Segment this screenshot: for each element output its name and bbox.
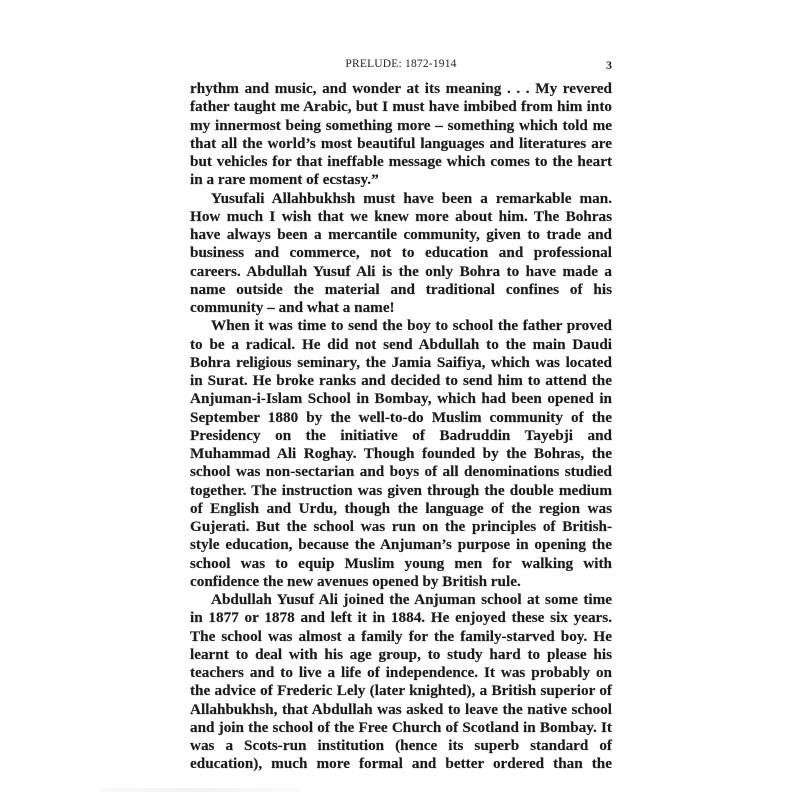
text-line: of English and Urdu, though the language… bbox=[190, 500, 612, 518]
text-line: When it was time to send the boy to scho… bbox=[190, 317, 612, 335]
text-line: in 1877 or 1878 and left it in 1884. He … bbox=[190, 609, 612, 627]
text-line: Allahbukhsh, that Abdullah was asked to … bbox=[190, 701, 612, 719]
text-line: teachers and to live a life of independe… bbox=[190, 664, 612, 682]
text-line: have always been a mercantile community,… bbox=[190, 226, 612, 244]
text-line: Abdullah Yusuf Ali joined the Anjuman sc… bbox=[190, 591, 612, 609]
text-line: that all the world’s most beautiful lang… bbox=[190, 135, 612, 153]
text-line: business and commerce, not to education … bbox=[190, 244, 612, 262]
running-title: PRELUDE: 1872-1914 bbox=[190, 58, 612, 70]
text-line: Anjuman-i-Islam School in Bombay, which … bbox=[190, 390, 612, 408]
text-line: careers. Abdullah Yusuf Ali is the only … bbox=[190, 263, 612, 281]
text-line: in Surat. He broke ranks and decided to … bbox=[190, 372, 612, 390]
scan-artifact bbox=[100, 788, 300, 792]
body-text: rhythm and music, and wonder at its mean… bbox=[190, 80, 612, 774]
text-line: Gujerati. But the school was run on the … bbox=[190, 518, 612, 536]
text-line: to be a radical. He did not send Abdulla… bbox=[190, 336, 612, 354]
text-line: Bohra religious seminary, the Jamia Saif… bbox=[190, 354, 612, 372]
text-line: September 1880 by the well-to-do Muslim … bbox=[190, 409, 612, 427]
text-line: Muhammad Ali Roghay. Though founded by t… bbox=[190, 445, 612, 463]
text-line: in a rare moment of ecstasy.” bbox=[190, 171, 612, 189]
text-line: school was to equip Muslim young men for… bbox=[190, 555, 612, 573]
running-head: PRELUDE: 1872-1914 3 bbox=[190, 58, 612, 74]
paragraph: When it was time to send the boy to scho… bbox=[190, 317, 612, 591]
text-line: style education, because the Anjuman’s p… bbox=[190, 536, 612, 554]
text-line: Presidency on the initiative of Badruddi… bbox=[190, 427, 612, 445]
text-line: name outside the material and traditiona… bbox=[190, 281, 612, 299]
book-page: PRELUDE: 1872-1914 3 rhythm and music, a… bbox=[0, 0, 800, 800]
text-line: and join the school of the Free Church o… bbox=[190, 719, 612, 737]
text-line: learnt to deal with his age group, to st… bbox=[190, 646, 612, 664]
paragraph: Abdullah Yusuf Ali joined the Anjuman sc… bbox=[190, 591, 612, 774]
text-line: How much I wish that we knew more about … bbox=[190, 208, 612, 226]
text-line: the advice of Frederic Lely (later knigh… bbox=[190, 682, 612, 700]
paragraph: rhythm and music, and wonder at its mean… bbox=[190, 80, 612, 190]
text-line: father taught me Arabic, but I must have… bbox=[190, 98, 612, 116]
text-line: confidence the new avenues opened by Bri… bbox=[190, 573, 612, 591]
paragraph: Yusufali Allahbukhsh must have been a re… bbox=[190, 190, 612, 318]
text-line: but vehicles for that ineffable message … bbox=[190, 153, 612, 171]
text-line: community – and what a name! bbox=[190, 299, 612, 317]
text-line: rhythm and music, and wonder at its mean… bbox=[190, 80, 612, 98]
text-line: education), much more formal and better … bbox=[190, 755, 612, 773]
page-number: 3 bbox=[606, 58, 612, 73]
text-line: Yusufali Allahbukhsh must have been a re… bbox=[190, 190, 612, 208]
text-line: together. The instruction was given thro… bbox=[190, 482, 612, 500]
text-line: was a Scots-run institution (hence its s… bbox=[190, 737, 612, 755]
text-line: my innermost being something more – some… bbox=[190, 117, 612, 135]
text-line: school was non-sectarian and boys of all… bbox=[190, 463, 612, 481]
text-line: The school was almost a family for the f… bbox=[190, 628, 612, 646]
